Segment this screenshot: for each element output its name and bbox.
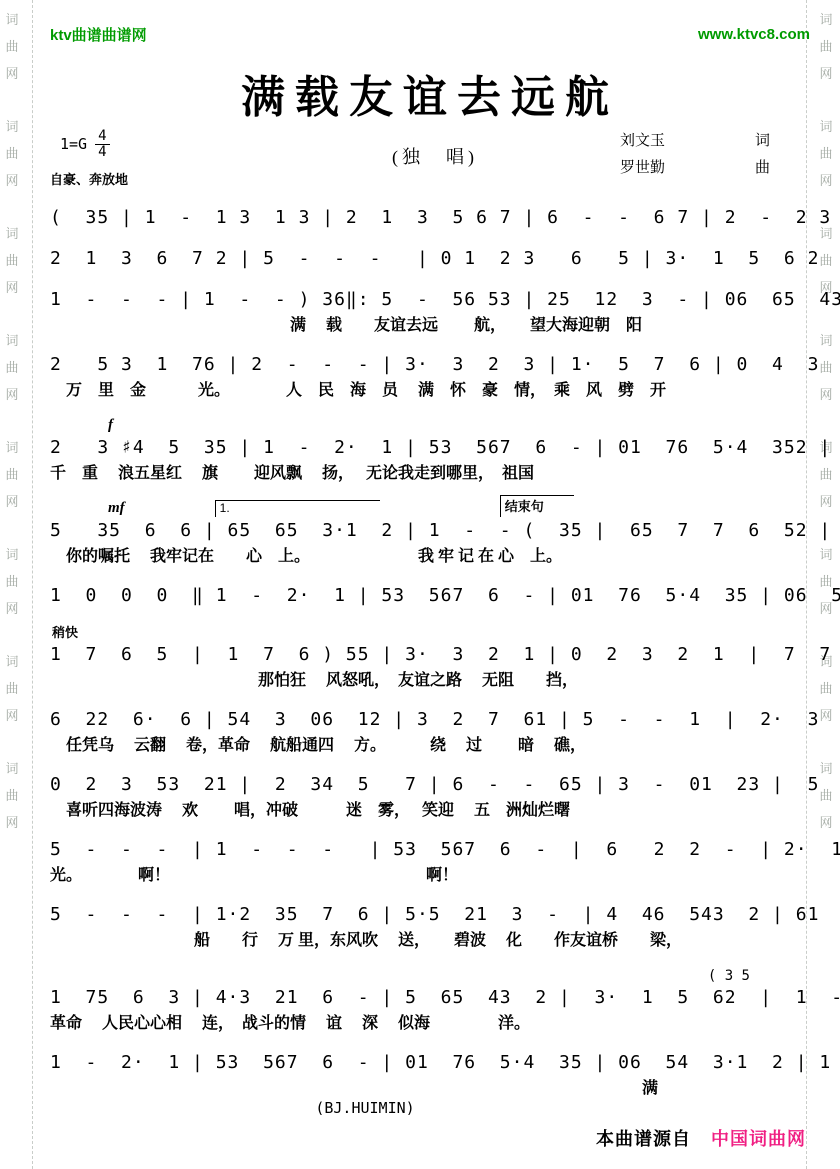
lyrics-line: 万 里 金 光。 人 民 海 员 满 怀 豪 情， 乘 风 劈 开: [50, 379, 810, 403]
lyrics-line: 革命 人民心心相 连， 战斗的情 谊 深 似海 洋。: [50, 1012, 810, 1036]
sheet-page: ktv曲谱曲谱网 www.ktvc8.com 满载友谊去远航 1=G 4 4 自…: [50, 24, 810, 1114]
dynamic-marking: mf: [108, 500, 125, 517]
watermark-character: 曲: [819, 40, 832, 53]
notation-line: 2 5 3 1 76 | 2 - - - | 3· 3 2 3 | 1· 5 7…: [50, 351, 810, 379]
notation-line: 2 1 3 6 7 2 | 5 - - - | 0 1 2 3 6 5 | 3·…: [50, 245, 810, 273]
lyricist-credit: 刘文玉 词: [620, 129, 770, 150]
notation-line: 5 35 6 6 | 65 65 3·1 2 | 1 - - ( 35 | 65…: [50, 517, 810, 545]
key-and-tempo: 1=G 4 4 自豪、奔放地: [50, 129, 270, 188]
tempo-marking: 自豪、奔放地: [50, 169, 270, 188]
watermark-character: 词: [5, 441, 18, 454]
lyricist-name: 刘文玉: [620, 129, 665, 150]
notation-line: 1 0 0 0 ‖ 1 - 2· 1 | 53 567 6 - | 01 76 …: [50, 582, 810, 610]
key-signature: 1=G 4 4: [60, 129, 270, 159]
volta-bracket-label: 1.: [215, 500, 380, 517]
notation-line: 5 - - - | 1·2 35 7 6 | 5·5 21 3 - | 4 46…: [50, 901, 810, 929]
music-system-6: mf1.结束句5 35 6 6 | 65 65 3·1 2 | 1 - - ( …: [50, 499, 810, 569]
music-system-9: 6 22 6· 6 | 54 3 06 12 | 3 2 7 61 | 5 - …: [50, 706, 810, 758]
watermark-character: 词: [819, 334, 832, 347]
watermark-character: 网: [5, 709, 18, 722]
watermark-character: 词: [5, 548, 18, 561]
source-attribution: 本曲谱源自 中国词曲网: [596, 1125, 806, 1151]
watermark-character: 网: [819, 495, 832, 508]
watermark-character: 曲: [5, 40, 18, 53]
lyrics-line: 你的嘱托 我牢记在 心 上。 我 牢 记 在 心 上。: [50, 545, 810, 569]
notation-area: ( 35 | 1 - 1 3 1 3 | 2 1 3 5 6 7 | 6 - -…: [50, 204, 810, 1101]
watermark-character: 网: [819, 816, 832, 829]
composer-name: 罗世勤: [620, 156, 665, 177]
music-system-4: 2 5 3 1 76 | 2 - - - | 3· 3 2 3 | 1· 5 7…: [50, 351, 810, 403]
watermark-character: 词: [5, 762, 18, 775]
lyrics-line: 船 行 万 里，东风吹 送， 碧波 化 作友谊桥 梁，: [50, 929, 810, 953]
watermark-character: 网: [5, 816, 18, 829]
lyrics-line: 任凭乌 云翻 卷，革命 航船通四 方。 绕 过 暗 礁，: [50, 734, 810, 758]
lyrics-line: 满 载 友谊去远 航， 望大海迎朝 阳: [50, 314, 810, 338]
watermark-character: 网: [5, 388, 18, 401]
song-subtitle: (独 唱): [270, 143, 600, 169]
credits: 刘文玉 词 罗世勤 曲: [600, 129, 810, 188]
notation-line: 2 3 ♯4 5 35 | 1 - 2· 1 | 53 567 6 - | 01…: [50, 434, 810, 462]
system-marks: 稍快: [50, 623, 810, 641]
system-marks: f: [50, 416, 810, 434]
music-system-2: 2 1 3 6 7 2 | 5 - - - | 0 1 2 3 6 5 | 3·…: [50, 245, 810, 273]
watermark-character: 网: [5, 67, 18, 80]
watermark-character: 网: [819, 388, 832, 401]
lyrics-line: 千 重 浪五星红 旗 迎风飘 扬， 无论我走到哪里， 祖国: [50, 462, 810, 486]
notation-line: 6 22 6· 6 | 54 3 06 12 | 3 2 7 61 | 5 - …: [50, 706, 810, 734]
source-prefix: 本曲谱源自: [596, 1129, 691, 1149]
watermark-character: 网: [819, 174, 832, 187]
music-system-14: 1 - 2· 1 | 53 567 6 - | 01 76 5·4 35 | 0…: [50, 1049, 810, 1101]
source-site-name: 中国词曲网: [711, 1129, 806, 1149]
watermark-character: 词: [5, 334, 18, 347]
section-label: 结束句: [500, 495, 574, 517]
watermark-character: 曲: [819, 682, 832, 695]
lyrics-line: 光。 啊！ 啊！: [50, 864, 810, 888]
music-system-1: ( 35 | 1 - 1 3 1 3 | 2 1 3 5 6 7 | 6 - -…: [50, 204, 810, 232]
left-dashed-border: [32, 0, 33, 1169]
watermark-character: 曲: [5, 682, 18, 695]
music-system-11: 5 - - - | 1 - - - | 53 567 6 - | 6 2 2 -…: [50, 836, 810, 888]
site-header: ktv曲谱曲谱网 www.ktvc8.com: [50, 24, 810, 45]
music-system-5: f2 3 ♯4 5 35 | 1 - 2· 1 | 53 567 6 - | 0…: [50, 416, 810, 486]
music-system-12: 5 - - - | 1·2 35 7 6 | 5·5 21 3 - | 4 46…: [50, 901, 810, 953]
music-system-10: 0 2 3 53 21 | 2 34 5 7 | 6 - - 65 | 3 - …: [50, 771, 810, 823]
watermark-character: 词: [5, 120, 18, 133]
music-system-8: 稍快1 7 6 5 | 1 7 6 ) 55 | 3· 3 2 1 | 0 2 …: [50, 623, 810, 693]
song-title: 满载友谊去远航: [50, 61, 810, 125]
watermark-character: 词: [819, 548, 832, 561]
site-logo-text: ktv曲谱曲谱网: [50, 24, 147, 45]
composer-credit: 罗世勤 曲: [620, 156, 770, 177]
watermark-character: 曲: [5, 575, 18, 588]
notation-line: 1 7 6 5 | 1 7 6 ) 55 | 3· 3 2 1 | 0 2 3 …: [50, 641, 810, 669]
watermark-character: 网: [5, 602, 18, 615]
site-url: www.ktvc8.com: [698, 26, 810, 43]
notation-line: 1 - 2· 1 | 53 567 6 - | 01 76 5·4 35 | 0…: [50, 1049, 810, 1077]
watermark-character: 曲: [5, 468, 18, 481]
system-marks: mf1.结束句: [50, 499, 810, 517]
notation-line: 1 - - - | 1 - - ) 36‖: 5 - 56 53 | 25 12…: [50, 286, 810, 314]
meta-row: 1=G 4 4 自豪、奔放地 (独 唱) 刘文玉 词 罗世勤 曲: [50, 129, 810, 188]
watermark-character: 曲: [5, 789, 18, 802]
watermark-character: 词: [5, 655, 18, 668]
tempo-change-label: 稍快: [52, 622, 78, 641]
time-signature-numerator: 4: [95, 129, 109, 145]
notation-line: 5 - - - | 1 - - - | 53 567 6 - | 6 2 2 -…: [50, 836, 810, 864]
watermark-character: 网: [5, 281, 18, 294]
pickup-notes: ( 3 5: [708, 968, 750, 984]
music-system-7: 1 0 0 0 ‖ 1 - 2· 1 | 53 567 6 - | 01 76 …: [50, 582, 810, 610]
dynamic-marking: f: [108, 417, 113, 434]
time-signature: 4 4: [95, 129, 109, 159]
publisher-note: (BJ.HUIMIN): [0, 1099, 730, 1117]
key-label: 1=G: [60, 135, 87, 153]
time-signature-denominator: 4: [98, 145, 106, 160]
notation-line: 1 75 6 3 | 4·3 21 6 - | 5 65 43 2 | 3· 1…: [50, 984, 810, 1012]
watermark-character: 词: [819, 120, 832, 133]
watermark-character: 曲: [5, 361, 18, 374]
watermark-character: 词: [5, 227, 18, 240]
notation-line: ( 35 | 1 - 1 3 1 3 | 2 1 3 5 6 7 | 6 - -…: [50, 204, 810, 232]
subtitle-wrap: (独 唱): [270, 129, 600, 188]
watermark-character: 曲: [5, 254, 18, 267]
watermark-character: 词: [5, 13, 18, 26]
lyrics-line: 那怕狂 风怒吼， 友谊之路 无阻 挡，: [50, 669, 810, 693]
watermark-character: 词: [819, 227, 832, 240]
watermark-character: 曲: [819, 468, 832, 481]
watermark-character: 曲: [5, 147, 18, 160]
watermark-character: 网: [5, 495, 18, 508]
composer-role: 曲: [755, 156, 770, 177]
music-system-13: ( 3 51 75 6 3 | 4·3 21 6 - | 5 65 43 2 |…: [50, 966, 810, 1036]
lyricist-role: 词: [755, 129, 770, 150]
system-marks: ( 3 5: [50, 966, 810, 984]
watermark-character: 网: [819, 67, 832, 80]
left-watermark-column: 词曲网词曲网词曲网词曲网词曲网词曲网词曲网词曲网: [2, 6, 22, 1169]
watermark-character: 网: [5, 174, 18, 187]
lyrics-line: 喜听四海波涛 欢 唱，冲破 迷 雾， 笑迎 五 洲灿烂曙: [50, 799, 810, 823]
music-system-3: 1 - - - | 1 - - ) 36‖: 5 - 56 53 | 25 12…: [50, 286, 810, 338]
lyrics-line: 满: [50, 1077, 810, 1101]
watermark-character: 词: [819, 13, 832, 26]
notation-line: 0 2 3 53 21 | 2 34 5 7 | 6 - - 65 | 3 - …: [50, 771, 810, 799]
watermark-character: 曲: [819, 147, 832, 160]
